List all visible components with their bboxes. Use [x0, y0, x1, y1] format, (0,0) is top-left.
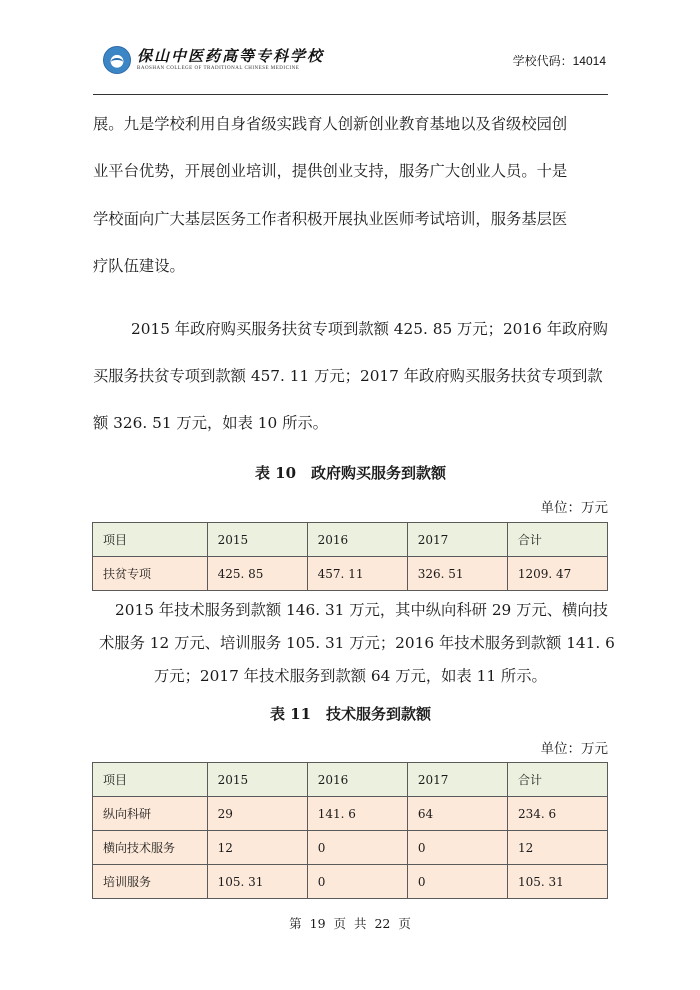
- school-logo: 保山中医药高等专科学校 BAOSHAN COLLEGE OF TRADITION…: [103, 46, 324, 74]
- table-cell: 0: [407, 865, 507, 899]
- text-line: 展。九是学校利用自身省级实践育人创新创业教育基地以及省级校园创: [93, 112, 567, 134]
- table-cell: 12: [507, 831, 607, 865]
- table-11-caption: 表 11 技术服务到款额: [93, 703, 608, 724]
- table-cell: 457. 11: [307, 557, 407, 591]
- table-10-caption: 表 10 政府购买服务到款额: [93, 462, 608, 483]
- text-line: 疗队伍建设。: [93, 254, 185, 276]
- column-header: 2015: [207, 763, 307, 797]
- table-cell: 326. 51: [407, 557, 507, 591]
- table-10-unit: 单位：万元: [541, 496, 609, 516]
- text-line: 2015 年政府购买服务扶贫专项到款额 425. 85 万元；2016 年政府购: [131, 317, 608, 339]
- page-header: 保山中医药高等专科学校 BAOSHAN COLLEGE OF TRADITION…: [93, 40, 608, 96]
- school-emblem-icon: [103, 46, 131, 74]
- table-row: 扶贫专项 425. 85 457. 11 326. 51 1209. 47: [93, 557, 608, 591]
- column-header: 2015: [207, 523, 307, 557]
- table-cell: 1209. 47: [507, 557, 607, 591]
- column-header: 合计: [507, 523, 607, 557]
- table-row: 纵向科研 29 141. 6 64 234. 6: [93, 797, 608, 831]
- logo-chinese-name: 保山中医药高等专科学校: [137, 48, 324, 65]
- table-cell: 29: [207, 797, 307, 831]
- column-header: 2016: [307, 763, 407, 797]
- text-line: 学校面向广大基层医务工作者积极开展执业医师考试培训，服务基层医: [93, 207, 567, 229]
- school-code: 学校代码：14014: [513, 52, 606, 69]
- column-header: 2017: [407, 763, 507, 797]
- table-header-row: 项目 2015 2016 2017 合计: [93, 763, 608, 797]
- table-cell: 141. 6: [307, 797, 407, 831]
- table-header-row: 项目 2015 2016 2017 合计: [93, 523, 608, 557]
- table-cell: 105. 31: [507, 865, 607, 899]
- table-row: 横向技术服务 12 0 0 12: [93, 831, 608, 865]
- table-row: 培训服务 105. 31 0 0 105. 31: [93, 865, 608, 899]
- text-line: 买服务扶贫专项到款额 457. 11 万元；2017 年政府购买服务扶贫专项到款: [93, 364, 603, 386]
- table-cell: 105. 31: [207, 865, 307, 899]
- column-header: 合计: [507, 763, 607, 797]
- table-cell: 12: [207, 831, 307, 865]
- column-header: 2016: [307, 523, 407, 557]
- text-line: 2015 年技术服务到款额 146. 31 万元，其中纵向科研 29 万元、横向…: [115, 598, 608, 620]
- table-cell: 纵向科研: [93, 797, 208, 831]
- table-11-unit: 单位：万元: [541, 737, 609, 757]
- table-cell: 扶贫专项: [93, 557, 208, 591]
- table-cell: 234. 6: [507, 797, 607, 831]
- table-cell: 培训服务: [93, 865, 208, 899]
- page-number: 第 19 页 共 22 页: [0, 914, 700, 932]
- table-cell: 64: [407, 797, 507, 831]
- table-11: 项目 2015 2016 2017 合计 纵向科研 29 141. 6 64 2…: [92, 762, 608, 899]
- table-10: 项目 2015 2016 2017 合计 扶贫专项 425. 85 457. 1…: [92, 522, 608, 591]
- column-header: 2017: [407, 523, 507, 557]
- table-cell: 425. 85: [207, 557, 307, 591]
- table-cell: 0: [307, 831, 407, 865]
- table-cell: 0: [307, 865, 407, 899]
- text-line: 额 326. 51 万元，如表 10 所示。: [93, 411, 328, 433]
- text-line: 万元；2017 年技术服务到款额 64 万元，如表 11 所示。: [154, 664, 547, 686]
- text-line: 术服务 12 万元、培训服务 105. 31 万元；2016 年技术服务到款额 …: [99, 631, 615, 653]
- header-divider: [93, 94, 608, 95]
- text-line: 业平台优势，开展创业培训，提供创业支持，服务广大创业人员。十是: [93, 159, 567, 181]
- logo-english-name: BAOSHAN COLLEGE OF TRADITIONAL CHINESE M…: [137, 65, 324, 72]
- column-header: 项目: [93, 763, 208, 797]
- column-header: 项目: [93, 523, 208, 557]
- table-cell: 0: [407, 831, 507, 865]
- table-cell: 横向技术服务: [93, 831, 208, 865]
